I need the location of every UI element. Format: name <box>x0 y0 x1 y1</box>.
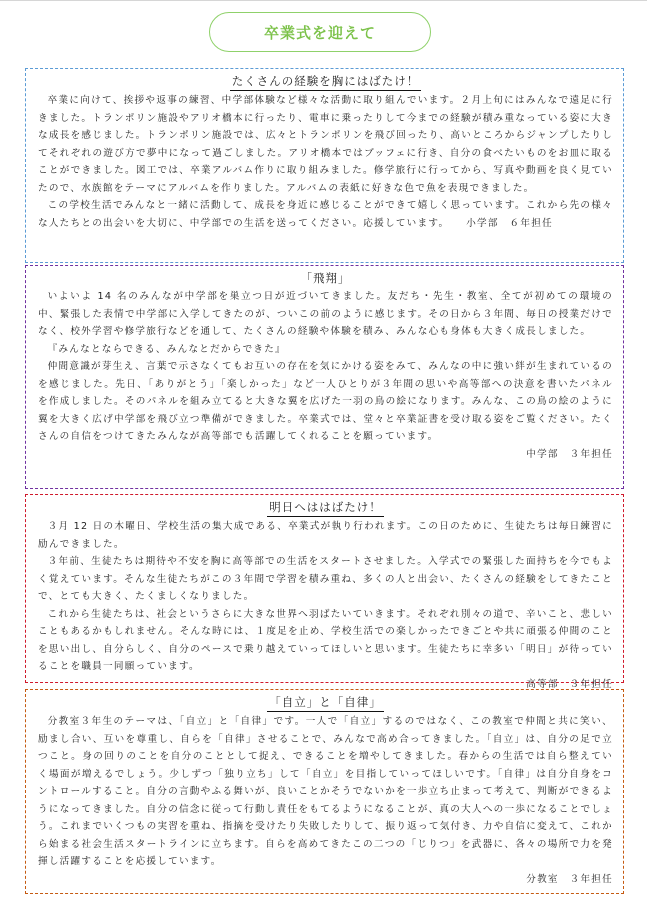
section-paragraph: この学校生活でみんなと一緒に活動して、成長を身近に感じることができて嬉しく思って… <box>38 197 613 232</box>
section-signature: 中学部 ３年担任 <box>38 446 613 464</box>
section-paragraph: ３年前、生徒たちは期待や不安を胸に高等部での生活をスタートさせました。入学式での… <box>38 553 613 606</box>
section-heading: たくさんの経験を胸にはばたけ！ <box>230 73 422 91</box>
page-top-divider <box>0 0 647 1</box>
page-title: 卒業式を迎えて <box>264 22 376 43</box>
section-high-school-message: 明日へははばたけ！ ３月 12 日の木曜日、学校生活の集大成である、卒業式が執り… <box>25 494 624 683</box>
section-signature: 分教室 ３年担任 <box>38 871 613 889</box>
section-quote: 『みんなとならできる、みんなとだからできた』 <box>38 341 613 359</box>
section-elementary-message: たくさんの経験を胸にはばたけ！ 卒業に向けて、挨拶や返事の練習、中学部体験など様… <box>25 68 624 263</box>
section-paragraph: ３月 12 日の木曜日、学校生活の集大成である、卒業式が執り行われます。この日の… <box>38 518 613 553</box>
page-title-banner: 卒業式を迎えて <box>209 12 431 52</box>
section-paragraph: 分教室３年生のテーマは、「自立」と「自律」です。一人で「自立」するのではなく、こ… <box>38 713 613 871</box>
section-paragraph: 卒業に向けて、挨拶や返事の練習、中学部体験など様々な活動に取り組んでいます。２月… <box>38 92 613 197</box>
section-paragraph: これから生徒たちは、社会というさらに大きな世界へ羽ばたいていきます。それぞれ別々… <box>38 606 613 676</box>
section-junior-high-message: 「飛翔」 いよいよ 14 名のみんなが中学部を巣立つ日が近づいてきました。友だち… <box>25 265 624 489</box>
section-paragraph: いよいよ 14 名のみんなが中学部を巣立つ日が近づいてきました。友だち・先生・教… <box>38 288 613 341</box>
section-paragraph: 仲間意識が芽生え、言葉で示さなくてもお互いの存在を気にかける姿をみて、みんなの中… <box>38 358 613 446</box>
section-heading: 明日へははばたけ！ <box>267 499 384 517</box>
section-branch-class-message: 「自立」と「自律」 分教室３年生のテーマは、「自立」と「自律」です。一人で「自立… <box>25 689 624 894</box>
section-signature: 小学部 ６年担任 <box>466 218 553 229</box>
section-heading: 「自立」と「自律」 <box>267 694 384 712</box>
section-heading: 「飛翔」 <box>299 270 353 287</box>
